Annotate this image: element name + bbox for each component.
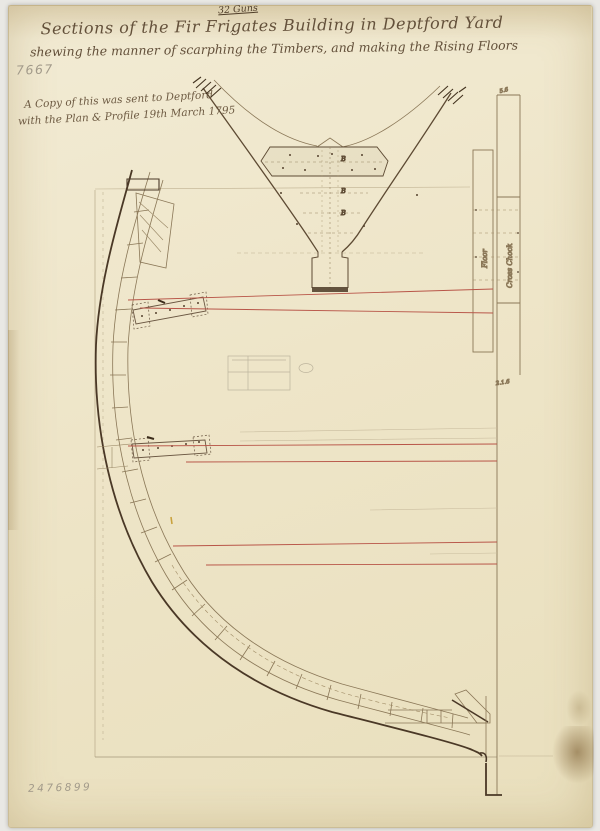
pencil-rectangle	[228, 356, 290, 390]
cross-chock-outline	[261, 147, 388, 176]
cross-chock-label: Cross Chock	[506, 243, 514, 288]
top-dimension-mark: 5.6	[499, 87, 509, 95]
extension-lines	[240, 428, 497, 554]
label-b-1: B	[340, 155, 346, 163]
scarph-beam-lower	[97, 435, 211, 469]
hull-outer-curve	[96, 170, 482, 756]
stem-left-edge	[312, 252, 318, 288]
crotch-frame-detail: B B B	[193, 77, 466, 292]
deck2-upper	[128, 444, 497, 446]
stem-right-edge	[342, 252, 348, 288]
deck2-lower	[186, 461, 497, 462]
crotch-right-arm-inner	[342, 86, 440, 147]
futtock-joints	[110, 210, 453, 728]
deadwood-chock	[455, 690, 490, 723]
futtock-band-inner	[128, 180, 468, 718]
pencil-details	[228, 356, 313, 390]
deck3-upper	[173, 542, 497, 546]
beam1-scarph-box-left	[132, 302, 150, 329]
keel-dark-left	[486, 763, 502, 795]
deck3-lower	[206, 564, 497, 565]
beam1-dark-tick	[158, 300, 165, 303]
stem-foot-dark-band	[312, 287, 348, 292]
beam2-body	[132, 440, 207, 458]
keel-assembly	[385, 690, 502, 795]
beam2-left-steps	[97, 444, 131, 469]
right-tip-hatching	[438, 86, 466, 104]
label-b-3: B	[340, 209, 346, 217]
red-deck-lines	[128, 289, 497, 565]
futtock-band-outer	[113, 172, 470, 735]
ochre-mark	[171, 517, 172, 524]
crotch-dashed-horizontals	[300, 193, 368, 233]
futtock-dashed-joint-line	[172, 565, 450, 718]
deck1-upper	[128, 289, 493, 300]
plan-linework: B B B Floor Cross Chock 5.6 2.1.6	[0, 0, 600, 831]
bottom-dimension-mark: 2.1.6	[494, 379, 510, 387]
toptimber-hatching	[139, 202, 168, 252]
deadwood-dark-diagonal	[452, 700, 488, 722]
pencil-oval	[299, 364, 313, 373]
crotch-left-arm-inner	[214, 80, 317, 146]
label-b-2: B	[340, 187, 346, 195]
deck1-lower	[140, 308, 493, 313]
toptimber-cap	[127, 179, 159, 190]
beam1-bolts	[141, 302, 199, 317]
hull-section	[96, 170, 482, 756]
scanned-ship-plan: 32 Guns Sections of the Fir Frigates Bui…	[0, 0, 600, 831]
construction-lines	[95, 187, 553, 757]
floor-label: Floor	[481, 248, 489, 269]
keel-plan-strip: Floor Cross Chock 5.6 2.1.6	[473, 87, 520, 795]
crotch-apex-notch	[317, 138, 343, 147]
